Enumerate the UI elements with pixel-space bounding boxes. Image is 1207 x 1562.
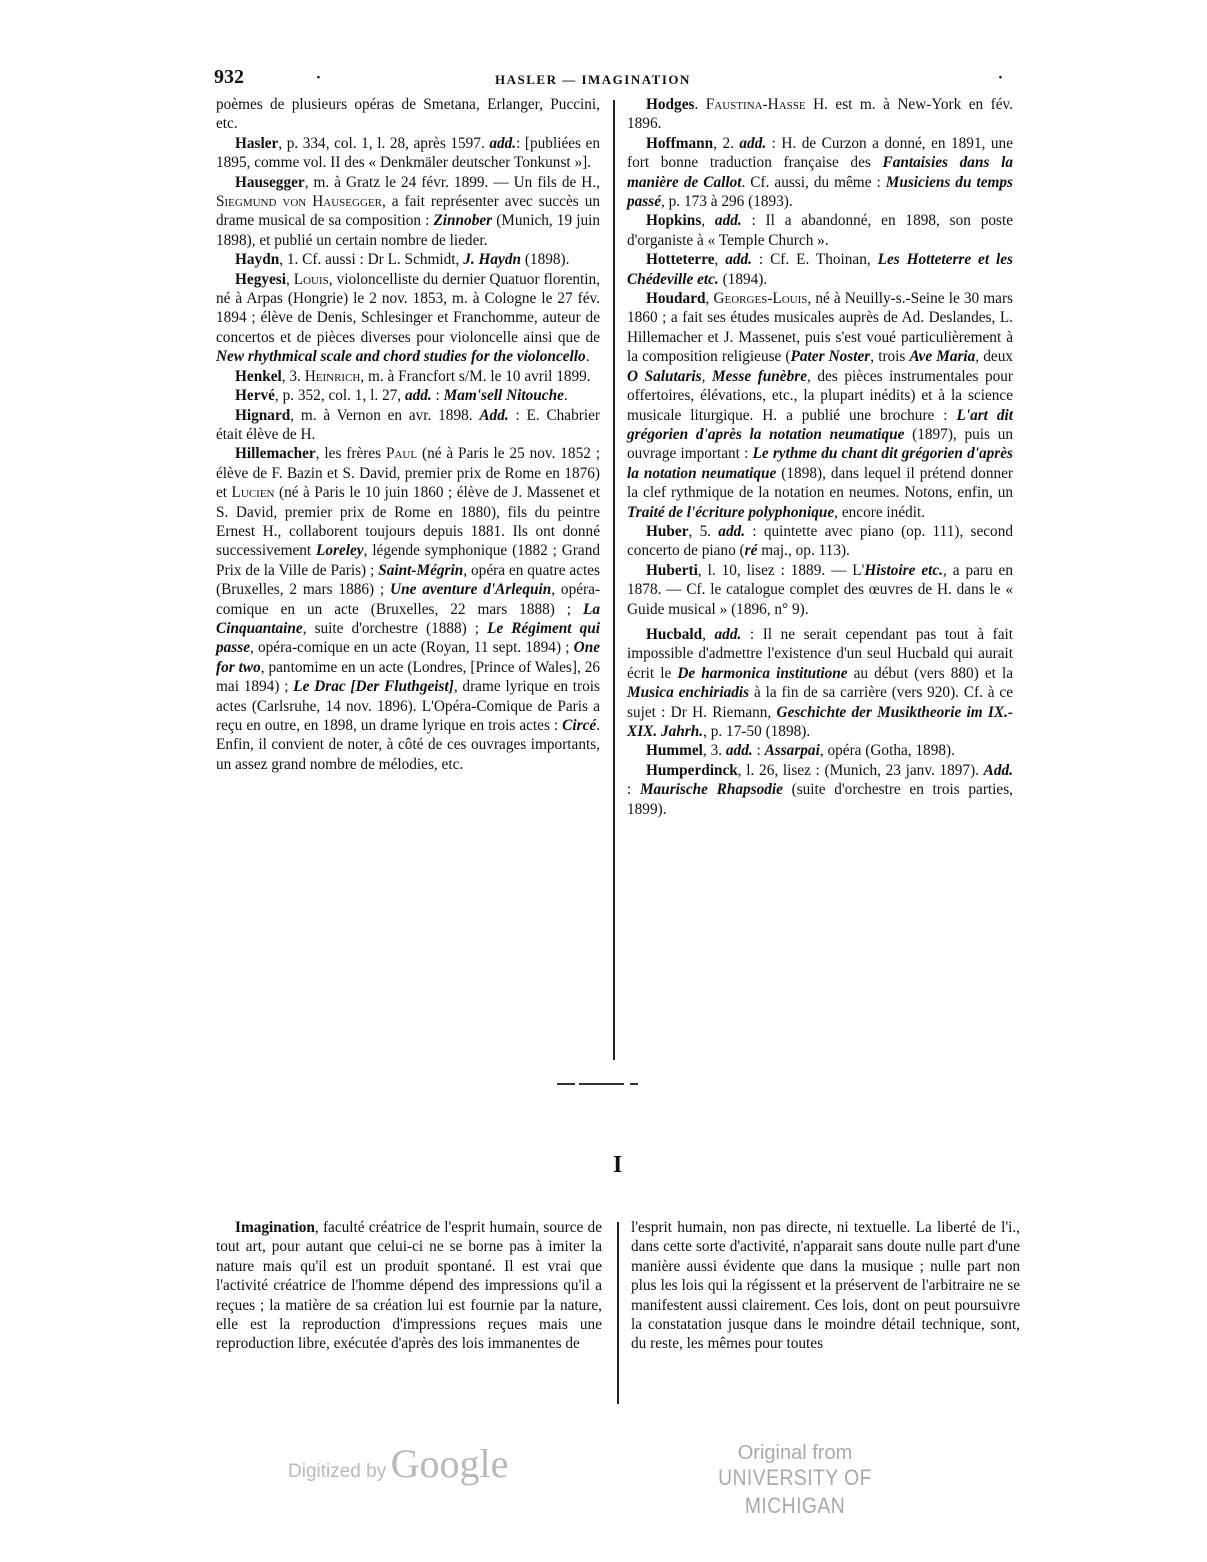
entry-hasler: Hasler, p. 334, col. 1, l. 28, après 159… [216,134,600,173]
original-from-watermark: Original from UNIVERSITY OF MICHIGAN [670,1442,920,1520]
page-number: 932 [214,66,244,89]
speck: · [998,70,1003,86]
entry-humperdinck: Humperdinck, l. 26, lisez : (Munich, 23 … [627,761,1013,819]
entry-hotteterre: Hotteterre, add. : Cf. E. Thoinan, Les H… [627,250,1013,289]
entry-huber: Huber, 5. add. : quintette avec piano (o… [627,522,1013,561]
entry-hummel: Hummel, 3. add. : Assarpai, opéra (Gotha… [627,741,1013,760]
google-logo-text: Google [391,1441,509,1486]
entry-hoffmann: Hoffmann, 2. add. : H. de Curzon a donné… [627,134,1013,212]
entry-huberti: Huberti, l. 10, lisez : 1889. — L'Histoi… [627,561,1013,619]
entry-herve: Hervé, p. 352, col. 1, l. 27, add. : Mam… [216,386,600,405]
running-head: HASLER — IMAGINATION [495,72,691,88]
imagination-left-column: Imagination, faculté créatrice de l'espr… [216,1218,602,1354]
entry-continuation: poèmes de plusieurs opéras de Smetana, E… [216,95,600,134]
entry-houdard: Houdard, Georges-Louis, né à Neuilly-s.-… [627,289,1013,522]
entry-hodges: Hodges. Faustina-Hasse H. est m. à New-Y… [627,95,1013,134]
entry-hillemacher: Hillemacher, les frères Paul (né à Paris… [216,444,600,774]
entry-hegyesi: Hegyesi, Louis, violoncelliste du dernie… [216,270,600,367]
entry-hopkins: Hopkins, add. : Il a abandonné, en 1898,… [627,211,1013,250]
speck: · [316,70,321,86]
column-divider [617,1222,619,1404]
right-column: Hodges. Faustina-Hasse H. est m. à New-Y… [627,95,1013,819]
entry-hucbald: Hucbald, add. : Il ne serait cependant p… [627,625,1013,741]
digitized-by-google-watermark: Digitized by Google [288,1440,508,1487]
left-column: poèmes de plusieurs opéras de Smetana, E… [216,95,600,774]
entry-hignard: Hignard, m. à Vernon en avr. 1898. Add. … [216,406,600,445]
imagination-right-column: l'esprit humain, non pas directe, ni tex… [631,1218,1020,1354]
section-letter-heading: I [613,1152,622,1179]
entry-imagination: Imagination, faculté créatrice de l'espr… [216,1218,602,1354]
entry-hausegger: Hausegger, m. à Gratz le 24 févr. 1899. … [216,173,600,251]
entry-henkel: Henkel, 3. Heinrich, m. à Francfort s/M.… [216,367,600,386]
entry-haydn: Haydn, 1. Cf. aussi : Dr L. Schmidt, J. … [216,250,600,269]
column-divider [613,100,615,1060]
entry-imagination-continued: l'esprit humain, non pas directe, ni tex… [631,1218,1020,1354]
